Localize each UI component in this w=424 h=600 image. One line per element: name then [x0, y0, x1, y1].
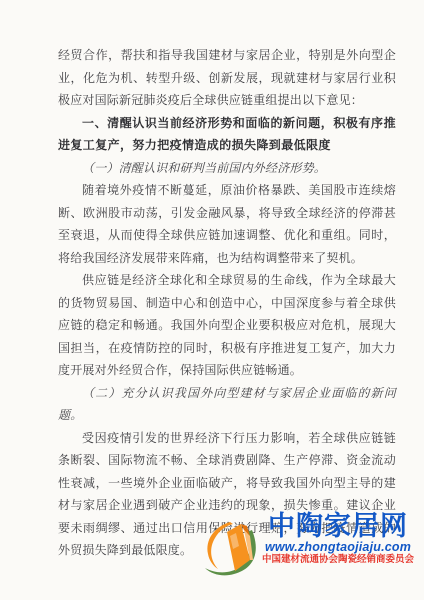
paragraph-continuation: 经贸合作，帮扶和指导我国建材与家居企业，特别是外向型企业，化危为机、转型升级、创… [58, 44, 396, 112]
section-heading-1: 一、清醒认识当前经济形势和面临的新问题，积极有序推进复工复产，努力把疫情造成的损… [58, 112, 396, 157]
logo-text-block: 中陶家居网 www.zhongtaojiaju.com 中国建材流通协会陶瓷经销… [262, 512, 414, 565]
paragraph-economy-situation: 随着境外疫情不断蔓延，原油价格暴跌、美国股市连续熔断、欧洲股市动荡，引发金融风暴… [58, 179, 396, 269]
association-name: 中国建材流通协会陶瓷经销商委员会 [262, 554, 414, 565]
tile-swoosh-logo-icon [200, 516, 260, 580]
document-page: 经贸合作，帮扶和指导我国建材与家居企业，特别是外向型企业，化危为机、转型升级、创… [58, 44, 396, 562]
site-name: 中陶家居网 [268, 512, 408, 541]
subsection-heading-1-1: （一）清醒认识和研判当前国内外经济形势。 [58, 157, 396, 180]
site-url: www.zhongtaojiaju.com [265, 541, 411, 554]
subsection-heading-1-2: （二）充分认识我国外向型建材与家居企业面临的新问题。 [58, 382, 396, 427]
paragraph-supply-chain: 供应链是经济全球化和全球贸易的生命线，作为全球最大的货物贸易国、制造中心和创造中… [58, 269, 396, 382]
site-watermark-logo: 中陶家居网 www.zhongtaojiaju.com 中国建材流通协会陶瓷经销… [200, 512, 422, 584]
